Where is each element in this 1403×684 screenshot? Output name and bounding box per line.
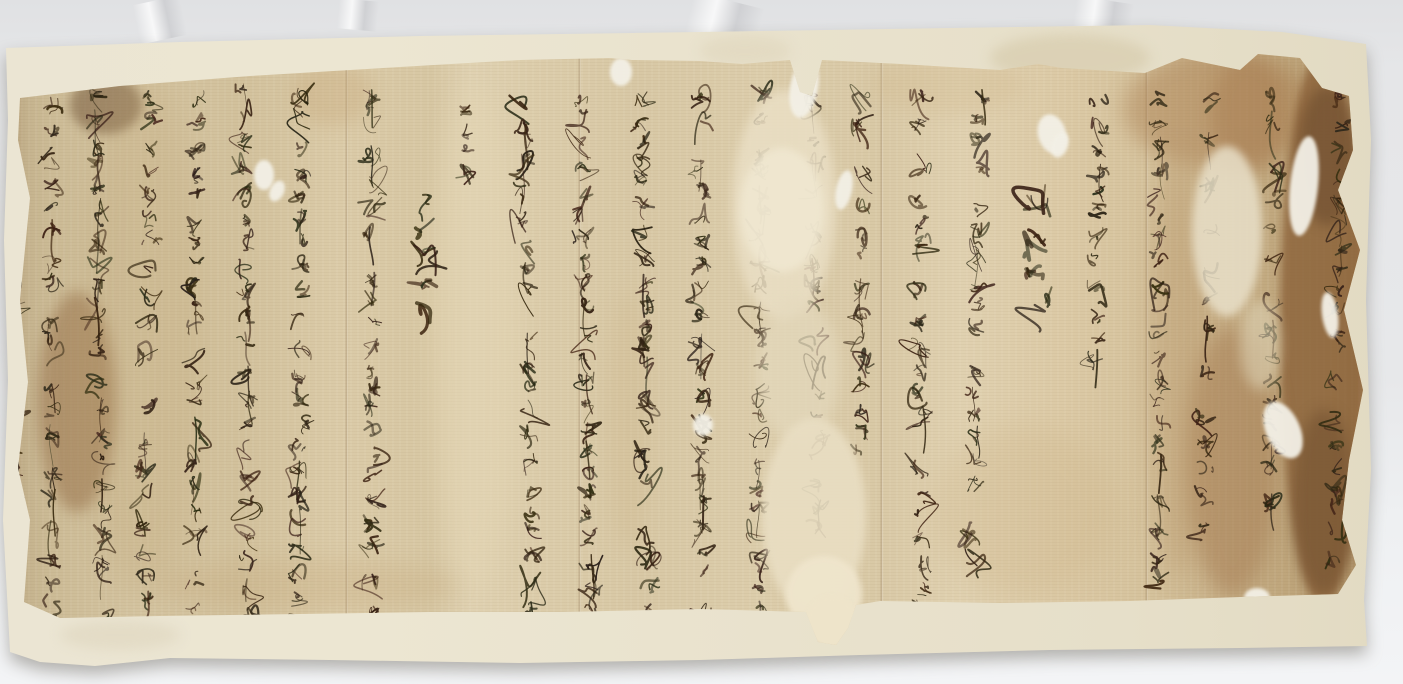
- mount-stain: [60, 620, 180, 650]
- tear-hole: [1285, 135, 1323, 237]
- tear-hole: [1319, 291, 1341, 339]
- tear-layer: [0, 0, 1403, 684]
- manuscript-photo: [0, 0, 1403, 684]
- tear-hole: [832, 169, 856, 211]
- tear-hole: [1255, 396, 1310, 465]
- tear-hole: [610, 58, 632, 86]
- manuscript-paper: [0, 0, 1403, 684]
- tear-hole: [693, 414, 713, 436]
